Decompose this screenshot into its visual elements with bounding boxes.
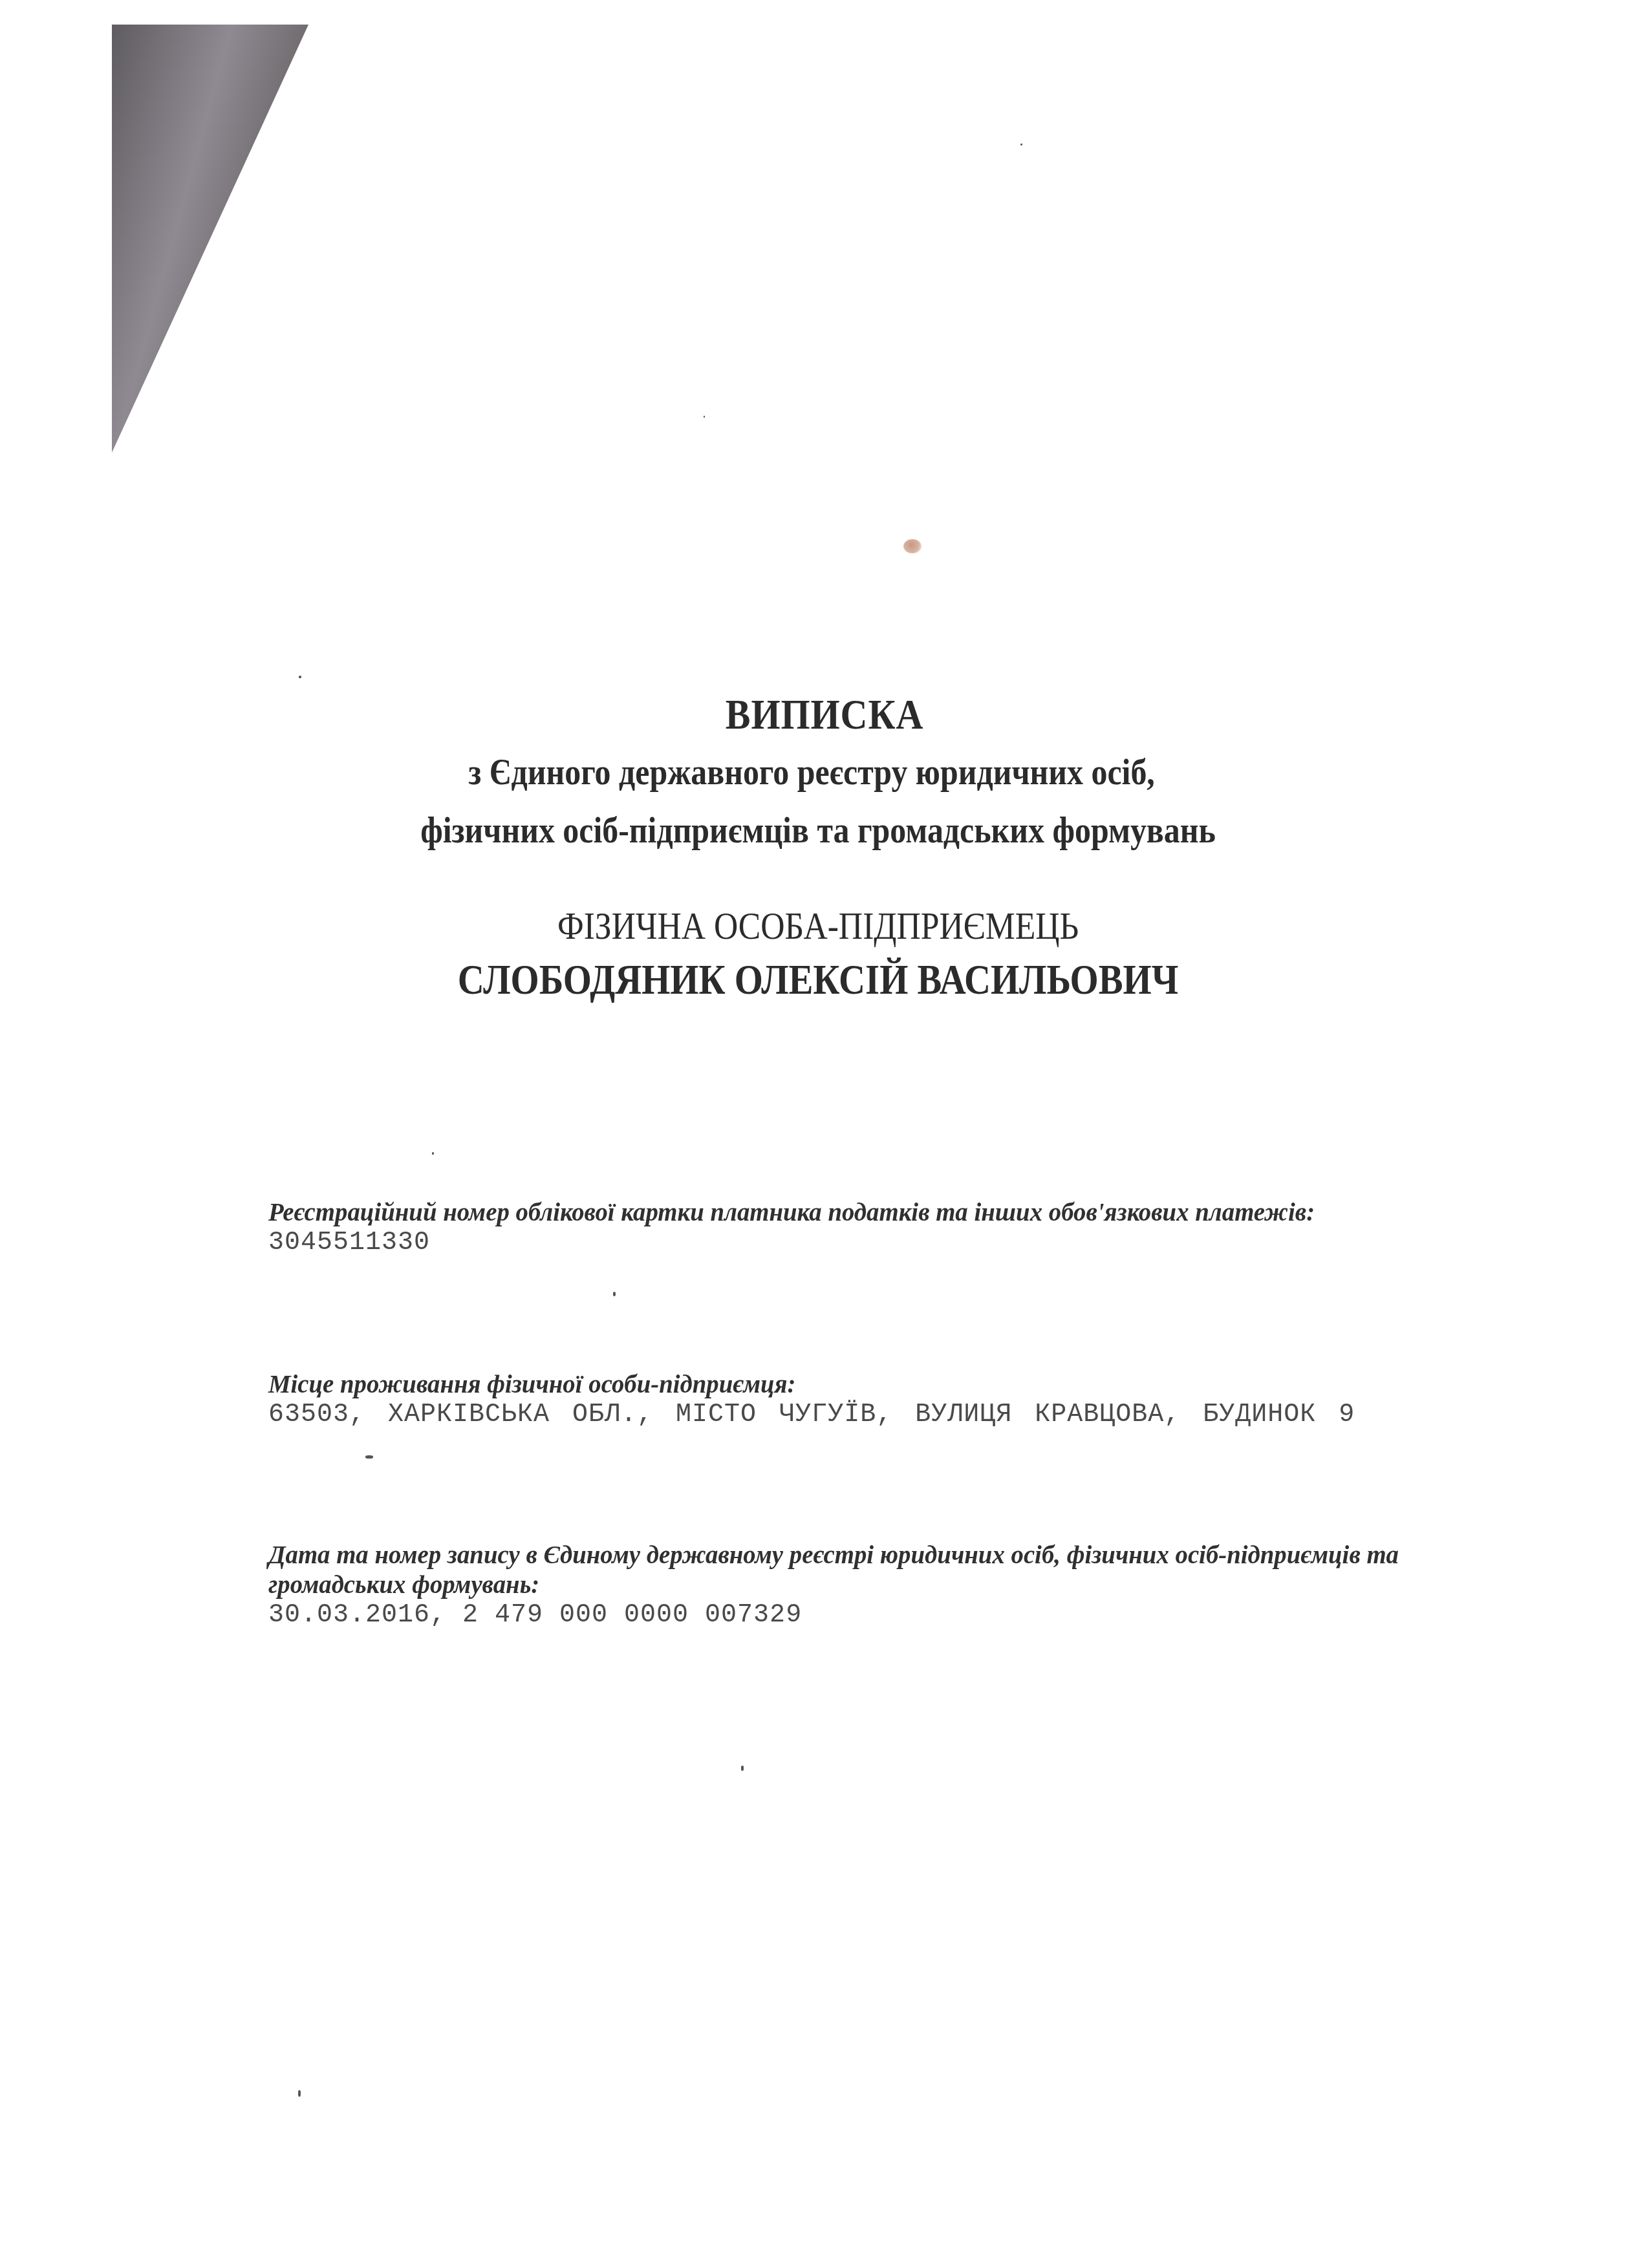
field-label: Реєстраційний номер облікової картки пла… (268, 1197, 1429, 1227)
entity-type: ФІЗИЧНА ОСОБА-ПІДПРИЄМЕЦЬ (109, 904, 1527, 948)
field-residence: Місце проживання фізичної особи-підприєм… (268, 1369, 1465, 1431)
paper-stain (903, 539, 921, 553)
scan-corner-shadow (112, 25, 308, 453)
field-registry-record: Дата та номер запису в Єдиному державном… (268, 1540, 1465, 1632)
document-subtitle-line2: фізичних осіб-підприємців та громадських… (109, 808, 1527, 851)
scan-speck (741, 1766, 744, 1771)
scan-speck (704, 416, 705, 418)
entity-name: СЛОБОДЯНИК ОЛЕКСІЙ ВАСИЛЬОВИЧ (109, 956, 1527, 1005)
scan-speck (365, 1455, 373, 1459)
field-value: 30.03.2016, 2 479 000 0000 007329 (268, 1599, 1465, 1632)
scan-speck (613, 1292, 616, 1296)
scan-speck (298, 2090, 301, 2097)
scan-speck (1020, 144, 1022, 145)
scan-speck (432, 1152, 434, 1155)
field-label: Дата та номер запису в Єдиному державном… (268, 1540, 1429, 1599)
document-subtitle-line1: з Єдиного державного реєстру юридичних о… (103, 750, 1521, 793)
document-title: ВИПИСКА (99, 690, 1550, 740)
field-value: 63503, ХАРКІВСЬКА ОБЛ., МІСТО ЧУГУЇВ, ВУ… (268, 1399, 1458, 1431)
field-label: Місце проживання фізичної особи-підприєм… (268, 1369, 1429, 1399)
field-tax-number: Реєстраційний номер облікової картки пла… (268, 1197, 1465, 1259)
scan-speck (299, 676, 301, 678)
field-value: 3045511330 (268, 1227, 1465, 1259)
